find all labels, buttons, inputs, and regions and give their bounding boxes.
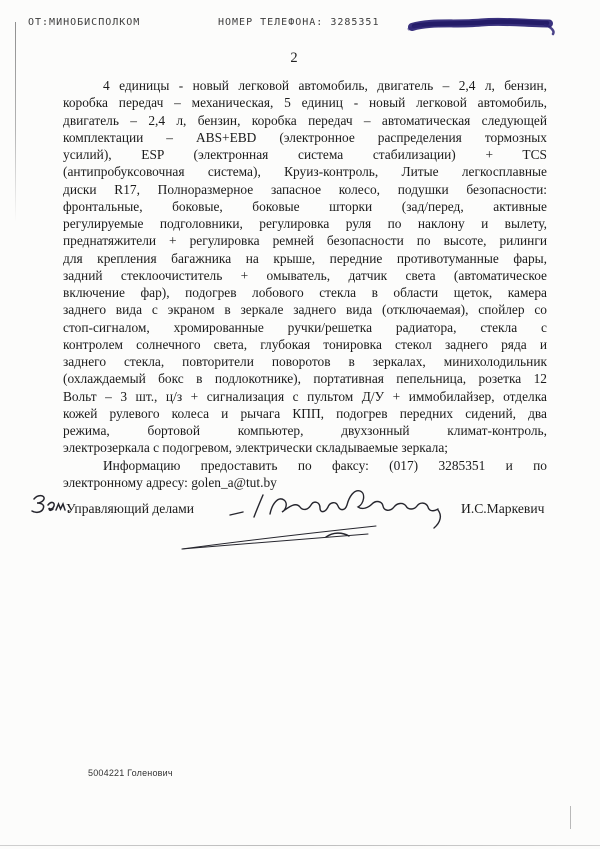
signature-scrawl [170, 480, 450, 558]
scan-artifact-vertical-line [15, 22, 16, 222]
body-line: заднего вида с экраном в зеркале заднего… [63, 301, 547, 318]
redaction-marker-stroke [403, 10, 563, 44]
signer-name: И.С.Маркевич [461, 501, 544, 517]
body-line: регулируемые подголовники, регулировка р… [63, 215, 547, 232]
body-line: коробка передач – механическая, 5 единиц… [63, 94, 547, 111]
fax-sender-label: ОТ:МИНОБИСПОЛКОМ [28, 17, 140, 28]
body-line: задний стеклоочиститель + омыватель, дат… [63, 267, 547, 284]
body-line: включение фар), подогрев лобового стекла… [63, 284, 547, 301]
body-line: (охлаждаемый бокс в подлокотнике), порта… [63, 370, 547, 387]
body-line: двигатель – 2,4 л, бензин, коробка перед… [63, 112, 547, 129]
handwritten-zam-note [23, 491, 71, 519]
body-line: усилий), ESP (электронная система стабил… [63, 146, 547, 163]
body-line: для крепления багажника на крыше, передн… [63, 250, 547, 267]
body-line: диски R17, Полноразмерное запасное колес… [63, 181, 547, 198]
scan-artifact-right-tick [570, 806, 571, 829]
body-line: 4 единицы - новый легковой автомобиль, д… [63, 77, 547, 94]
body-line: Информацию предоставить по факсу: (017) … [63, 457, 547, 474]
scan-artifact-bottom-line [0, 845, 600, 846]
body-line: стоп-сигналом, хромированные ручки/решет… [63, 319, 547, 336]
scanned-fax-page: ОТ:МИНОБИСПОЛКОМ НОМЕР ТЕЛЕФОНА: 3285351… [0, 0, 600, 849]
body-line: электрозеркала с подогревом, электрическ… [63, 439, 547, 456]
body-line: преднатяжители + регулировка ремней безо… [63, 232, 547, 249]
document-body: 4 единицы - новый легковой автомобиль, д… [63, 77, 547, 491]
body-line: фронтальные, боковые, боковые шторки (за… [63, 198, 547, 215]
body-line: кожей рулевого колеса и рычага КПП, подо… [63, 405, 547, 422]
body-line: режима, бортовой компьютер, двухзонный к… [63, 422, 547, 439]
body-line: Вольт – 3 шт., ц/з + сигнализация с пуль… [63, 388, 547, 405]
body-line: заднего стекла, повторители поворотов в … [63, 353, 547, 370]
fax-phone-label: НОМЕР ТЕЛЕФОНА: 3285351 [218, 17, 379, 28]
body-line: контролем солнечного света, глубокая тон… [63, 336, 547, 353]
body-line: (антипробуксовочная система), Круиз-конт… [63, 163, 547, 180]
document-reference: 5004221 Голенович [88, 768, 173, 778]
body-line: комплектации – ABS+EBD (электронное расп… [63, 129, 547, 146]
page-number: 2 [0, 50, 588, 67]
